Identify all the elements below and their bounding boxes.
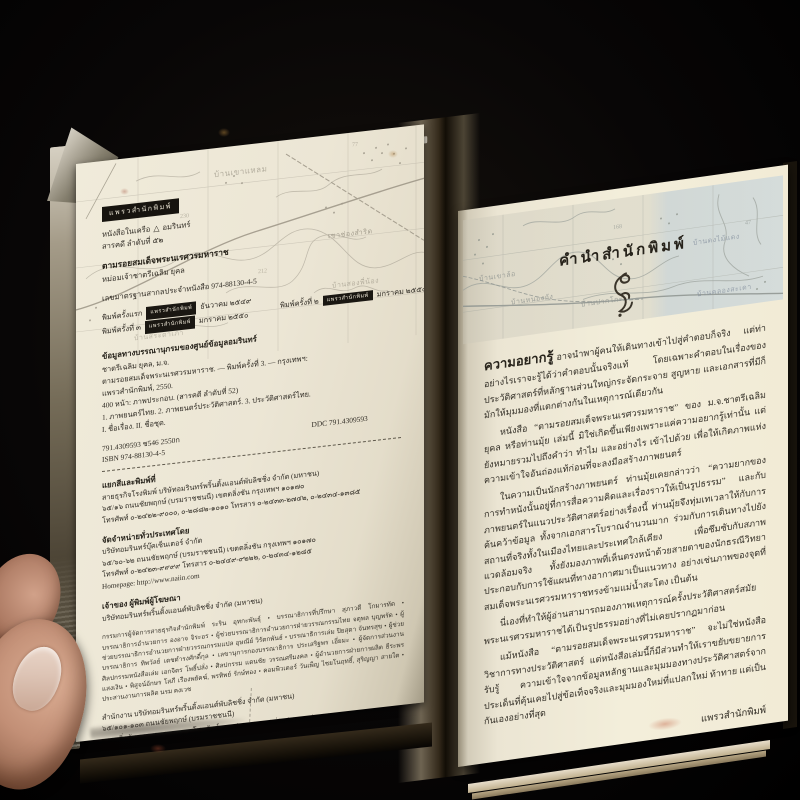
paper-stain — [218, 128, 230, 137]
amarin-logo-icon: △ — [153, 222, 159, 235]
photo-background: 77212230 บ้านเขาแหลมเขาช่องสำริดบ้านสองพ… — [0, 0, 800, 800]
cip-block: ข้อมูลทางบรรณานุกรมของศูนย์ข้อมูลอมรินทร… — [102, 316, 404, 472]
right-page-foreword: 47168 บ้านเขาล้อบ้านหนองถังบ้านปากโกะบ้า… — [458, 165, 788, 767]
lead-word: ความอยากรู้ — [484, 349, 553, 374]
svg-text:77: 77 — [352, 142, 358, 149]
svg-text:168: 168 — [613, 224, 622, 231]
left-page-colophon: 77212230 บ้านเขาแหลมเขาช่องสำริดบ้านสองพ… — [76, 124, 424, 742]
colophon-content: แพรวสำนักพิมพ์ หนังสือในเครือ△อมรินทร์ ส… — [102, 169, 404, 742]
paragraph-list: หนังสือ “ตามรอยสมเด็จพระนเรศวรมหาราช” ขอ… — [484, 387, 766, 730]
foreword-body: ความอยากรู้อาจนำพาผู้คนให้เดินทางเข้าไปส… — [484, 316, 766, 759]
thumb-nail — [5, 640, 71, 718]
publisher-box-label: แพรวสำนักพิมพ์ — [102, 198, 179, 222]
